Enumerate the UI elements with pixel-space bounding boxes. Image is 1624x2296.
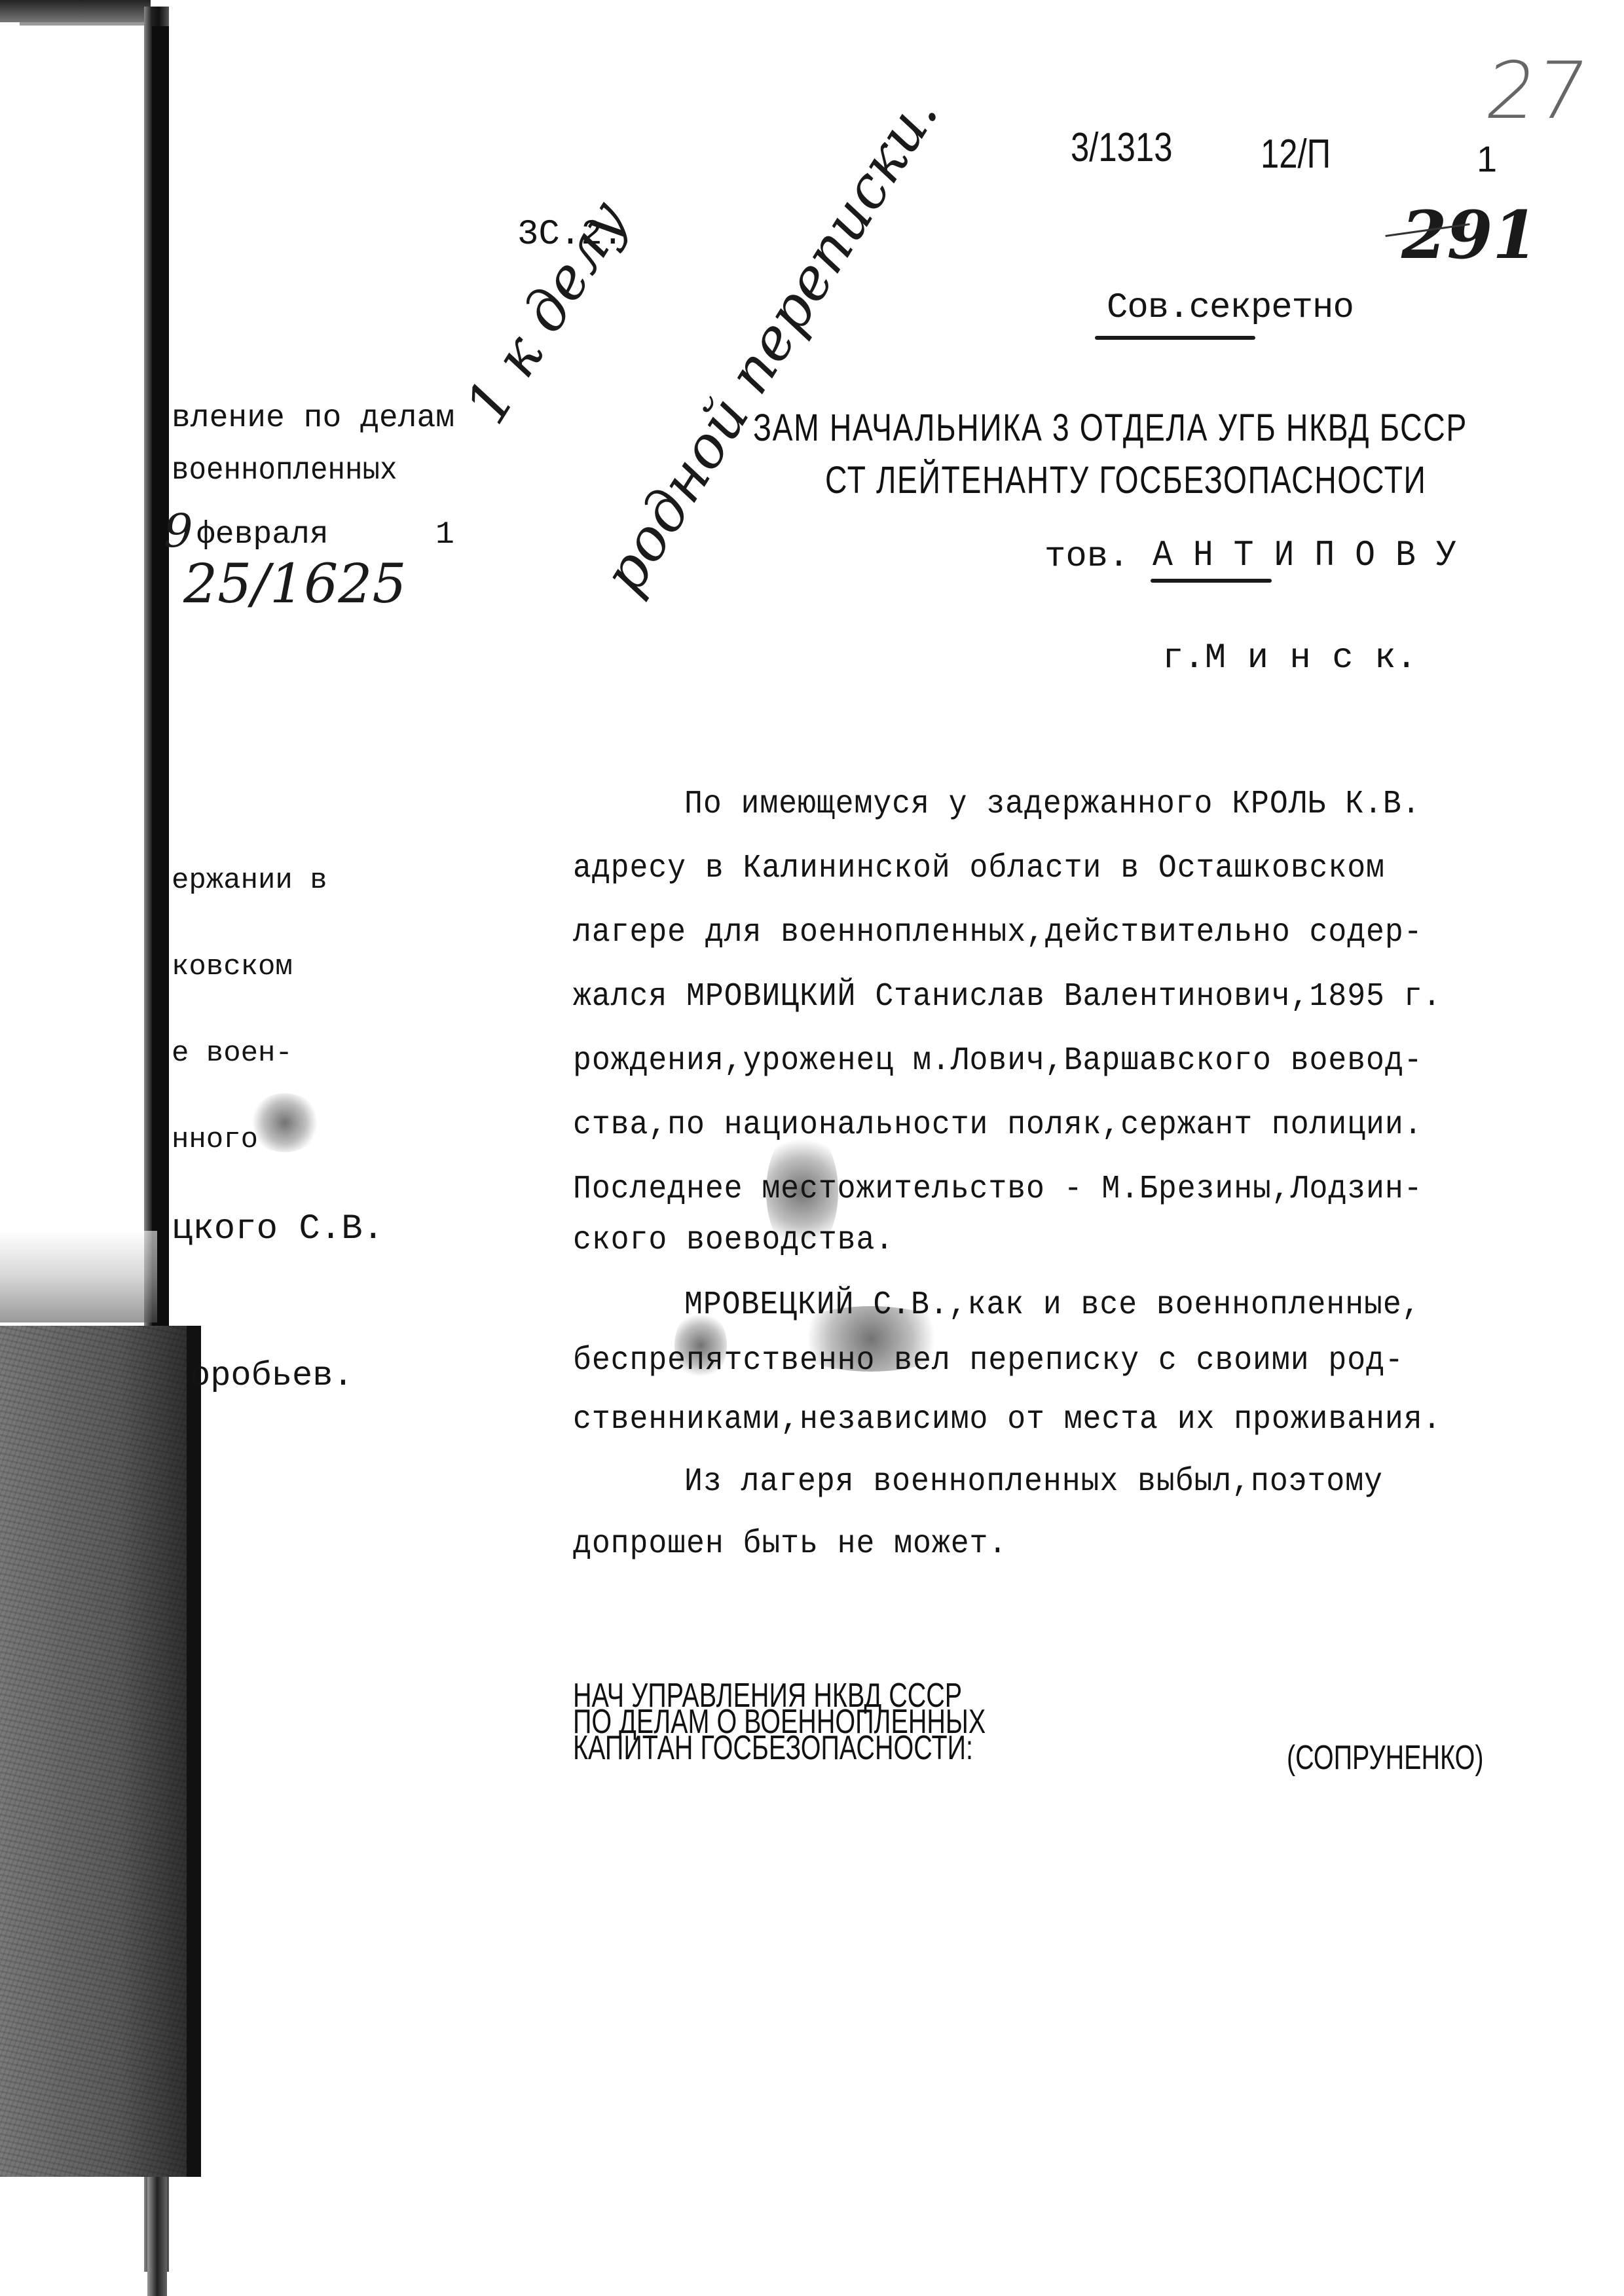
recipient-name-prefix: тов. [1044,537,1130,577]
classification-underline [1095,336,1255,340]
handwritten-date-digit: 9 [164,504,193,558]
subject-line-4: нного [172,1125,384,1154]
recipient-line-1: ЗАМ НАЧАЛЬНИКА 3 ОТДЕЛА УГБ НКВД БССР [753,406,1467,450]
page-fold-shadow [0,1231,157,1322]
body-p1-line-4: жался МРОВИЦКИЙ Станислав Валентинович,1… [573,978,1441,1015]
recipient-name-underline [1151,579,1272,583]
torn-paper-fragment [0,1326,196,2177]
pencil-folio-number: 27 [1480,46,1593,137]
classification-stamp: Сов.секретно [1107,288,1354,328]
recipient-city: г.М и н с к. [1162,638,1417,678]
body-p1-line-1: По имеющемуся у задержанного КРОЛЬ К.В. [684,786,1421,823]
body-p1-line-2: адресу в Калининской области в Осташковс… [573,850,1385,887]
recipient-name: А Н Т И П О В У [1153,534,1456,576]
subject-line-3: е воен- [172,1039,384,1068]
sender-line-2: военнопленных [172,453,397,488]
body-p2-line-3: ственниками,независимо от места их прожи… [573,1401,1441,1438]
body-p1-line-3: лагере для военнопленных,действительно с… [573,914,1423,951]
document-number: 3/1313 [1071,124,1173,171]
recipient-line-2: СТ ЛЕЙТЕНАНТУ ГОСБЕЗОПАСНОСТИ [825,458,1426,502]
body-p1-line-5: рождения,уроженец м.Лович,Варшавского во… [573,1042,1423,1080]
body-p3-line-2: допрошен быть не может. [573,1525,1007,1563]
subject-margin: ержании в ковском е воен- нного цкого С.… [172,809,384,1276]
body-p3-line-1: Из лагеря военнопленных выбыл,поэтому [684,1463,1383,1501]
sender-date-year-digit: 1 [435,517,454,553]
signature-line-3: КАПИТАН ГОСБЕЗОПАСНОСТИ: [573,1735,973,1761]
subject-line-2: ковском [172,953,384,981]
subject-line-5: цкого С.В. [172,1212,384,1247]
handwritten-number: 291 [1401,196,1538,274]
executor-name: оробьев. [190,1357,354,1395]
body-p2-line-2: беспрепятственно вел переписку с своими … [573,1342,1404,1379]
body-p1-line-8: ского воеводства. [573,1222,894,1259]
binding-edge-line [20,22,144,26]
handwritten-note-line-2: родной переписки. [589,82,951,606]
handwritten-registration: 25/1625 [183,553,407,615]
sender-date-month: февраля [196,517,329,553]
copy-number: 1 [1477,137,1497,180]
binding-edge-top [0,0,151,22]
binding-spine-bottom [147,2177,167,2296]
fragment-edge-shadow [187,1326,201,2177]
body-p2-line-1: МРОВЕЦКИЙ С.В.,как и все военнопленные, [684,1286,1421,1324]
body-p1-line-7: Последнее местожительство - М.Брезины,Ло… [573,1171,1423,1208]
sender-line-1: вление по делам [172,401,454,436]
subject-line-1: ержании в [172,866,384,895]
body-p1-line-6: ства,по национальности поляк,сержант пол… [573,1106,1423,1144]
signatory-name: (СОПРУНЕНКО) [1287,1745,1483,1771]
file-code: 12/П [1261,131,1331,177]
